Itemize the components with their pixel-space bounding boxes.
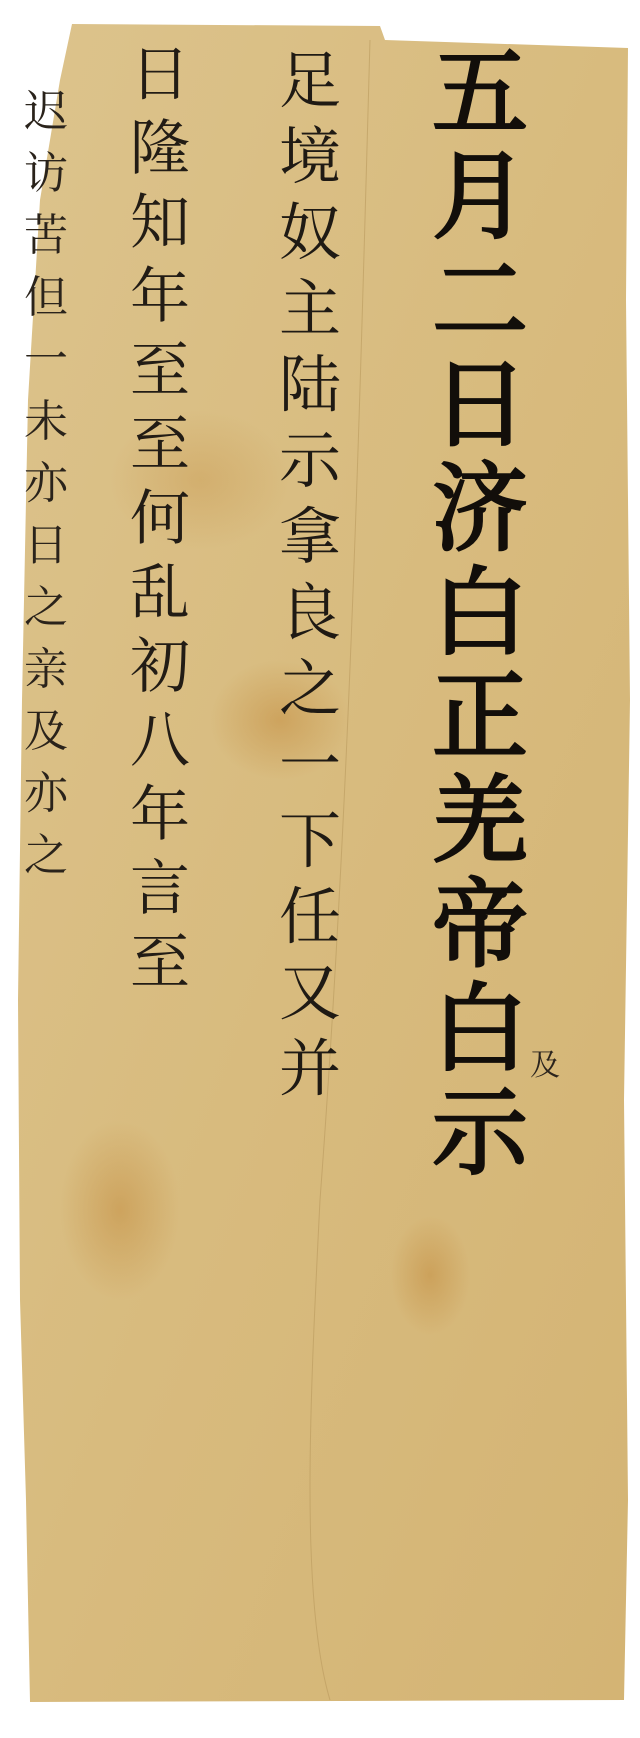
char: 八 <box>130 711 190 771</box>
char: 白 <box>432 981 528 1077</box>
char: 之 <box>279 658 341 720</box>
char: 言 <box>130 859 190 919</box>
char: 奴 <box>279 202 341 264</box>
char: 苦 <box>24 214 68 258</box>
char: 并 <box>279 1038 341 1100</box>
char: 正 <box>432 669 528 765</box>
char: 示 <box>279 430 341 492</box>
char: 日 <box>24 524 68 568</box>
char: 年 <box>130 267 190 327</box>
char: 下 <box>279 810 341 872</box>
char: 之 <box>24 834 68 878</box>
char: 一 <box>279 734 341 796</box>
char: 五 <box>432 45 528 141</box>
char: 羌 <box>432 773 528 869</box>
char: 足 <box>279 50 341 112</box>
char: 拿 <box>279 506 341 568</box>
char: 一 <box>24 338 68 382</box>
text-column-1: 五 月 二 日 济 白 正 羌 帝 白 示 <box>405 45 555 1189</box>
char: 亦 <box>24 772 68 816</box>
char: 隆 <box>130 119 190 179</box>
char: 日 <box>130 45 190 105</box>
char: 月 <box>432 149 528 245</box>
char: 至 <box>130 933 190 993</box>
char: 初 <box>130 637 190 697</box>
char: 良 <box>279 582 341 644</box>
char: 亲 <box>24 648 68 692</box>
char: 又 <box>279 962 341 1024</box>
char: 任 <box>279 886 341 948</box>
char: 济 <box>432 461 528 557</box>
char: 示 <box>432 1085 528 1181</box>
char: 知 <box>130 193 190 253</box>
char: 日 <box>432 357 528 453</box>
char: 未 <box>24 400 68 444</box>
text-column-2: 足 境 奴 主 陆 示 拿 良 之 一 下 任 又 并 <box>255 50 365 1114</box>
char: 访 <box>24 152 68 196</box>
char: 境 <box>279 126 341 188</box>
char: 何 <box>130 489 190 549</box>
char: 陆 <box>279 354 341 416</box>
char: 但 <box>24 276 68 320</box>
char: 主 <box>279 278 341 340</box>
char: 至 <box>130 341 190 401</box>
char: 白 <box>432 565 528 661</box>
marginal-annotation: 及 <box>530 1040 560 1084</box>
char: 及 <box>24 710 68 754</box>
text-column-4: 迟 访 苦 但 一 未 亦 日 之 亲 及 亦 之 <box>18 90 74 896</box>
text-column-3: 日 隆 知 年 至 至 何 乱 初 八 年 言 至 <box>110 45 210 1007</box>
char: 年 <box>130 785 190 845</box>
char: 之 <box>24 586 68 630</box>
char: 亦 <box>24 462 68 506</box>
char: 至 <box>130 415 190 475</box>
char: 帝 <box>432 877 528 973</box>
char: 迟 <box>24 90 68 134</box>
char: 乱 <box>130 563 190 623</box>
char: 二 <box>432 253 528 349</box>
